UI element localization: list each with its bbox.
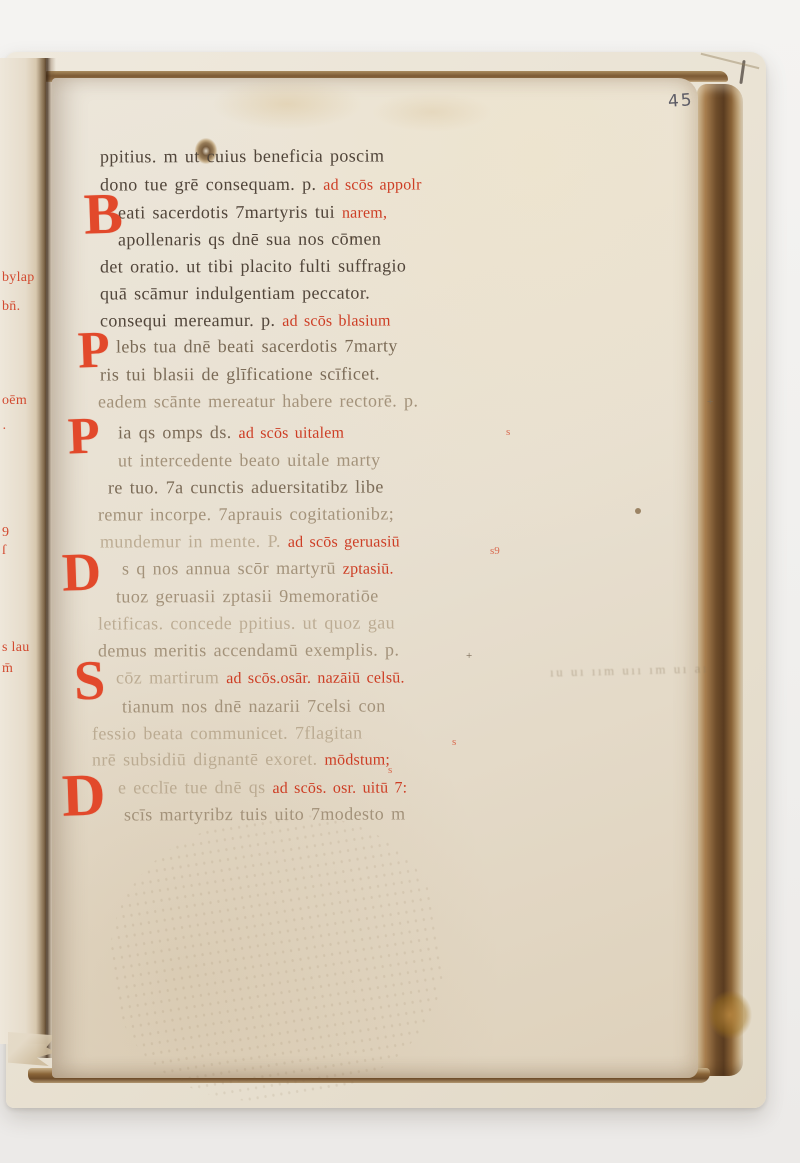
rubric-text: narem, xyxy=(342,205,387,222)
prayer-text: tuoz geruasii zptasii 9memoratiōe xyxy=(116,586,379,607)
decorated-initial: D xyxy=(61,547,102,597)
folio-number: 45 xyxy=(667,90,694,112)
rubric-text: mōdstum; xyxy=(324,751,390,768)
text-line: consequi mereamur. p. ad scōs blasium xyxy=(100,308,391,333)
prayer-text: quā scāmur indulgentiam peccator. xyxy=(100,283,370,304)
rubric-text: ad scōs blasium xyxy=(282,312,390,329)
decorated-initial: S xyxy=(73,655,106,706)
prayer-text: e ecclīe tue dnē qs xyxy=(118,777,273,798)
prayer-text: ia qs omps ds. xyxy=(118,422,239,442)
prayer-text: lebs tua dnē beati sacerdotis 7marty xyxy=(116,336,398,357)
ink-speck xyxy=(635,508,641,514)
superscript-mark: s xyxy=(452,736,456,748)
text-line: e ecclīe tue dnē qs ad scōs. osr. uitū 7… xyxy=(118,775,407,800)
prayer-text: consequi mereamur. p. xyxy=(100,310,282,331)
superscript-mark: s9 xyxy=(490,545,500,557)
prayer-text: ris tui blasii de glīficatione scīficet. xyxy=(100,364,380,385)
text-line: tianum nos dnē nazarii 7celsi con xyxy=(122,695,386,718)
decorated-initial: P xyxy=(67,413,100,461)
text-line: letificas. concede ppitius. ut quoz gau xyxy=(98,611,395,634)
prayer-text: mundemur in mente. P. xyxy=(100,531,288,552)
fore-edge-page-stack xyxy=(697,84,743,1076)
text-line: eati sacerdotis 7martyris tui narem, xyxy=(118,201,387,226)
decorated-initial: P xyxy=(77,327,110,375)
text-line: demus meritis accendamū exemplis. p. xyxy=(98,638,399,661)
prayer-text: remur incorpe. 7aprauis cogitationibz; xyxy=(98,503,394,524)
text-line: apollenaris qs dnē sua nos cōmen xyxy=(118,228,381,251)
facing-page-text-fragment: bn̄. xyxy=(2,299,20,315)
prayer-text: cōz martirum xyxy=(116,667,226,687)
prayer-text: det oratio. ut tibi placito fulti suffra… xyxy=(100,255,406,276)
prayer-text: ppitius. m ut cuius beneficia poscim xyxy=(100,146,384,167)
superscript-mark: + xyxy=(707,396,713,408)
rubric-text: ad scōs geruasiū xyxy=(288,533,400,550)
facing-page-text-fragment: oēm xyxy=(2,393,27,409)
decorated-initial: B xyxy=(83,187,123,241)
rubric-text: ad scōs appolr xyxy=(323,176,421,193)
text-line: eadem scānte mereatur habere rectorē. p. xyxy=(98,389,418,412)
rubric-text: ad scōs. osr. uitū 7: xyxy=(272,779,407,796)
prayer-text: eati sacerdotis 7martyris tui xyxy=(118,202,342,223)
prayer-text: nrē subsidiū dignantē exoret. xyxy=(92,749,325,770)
facing-page-text-fragment: · xyxy=(2,422,7,438)
prayer-text: ut intercedente beato uitale marty xyxy=(118,450,381,471)
parchment-pore-texture xyxy=(92,794,462,1122)
text-line: nrē subsidiū dignantē exoret. mōdstum; xyxy=(92,747,390,772)
rubric-text: zptasiū. xyxy=(343,561,394,578)
text-line: s q nos annua scōr martyrū zptasiū. xyxy=(122,557,394,582)
parchment-stain xyxy=(212,78,362,130)
text-line: fessio beata communicet. 7flagitan xyxy=(92,722,363,745)
text-line: dono tue grē consequam. p. ad scōs appol… xyxy=(100,172,422,197)
prayer-text: s q nos annua scōr martyrū xyxy=(122,558,343,579)
text-line: re tuo. 7a cunctis aduersitatibz libe xyxy=(108,476,384,499)
prayer-text: letificas. concede ppitius. ut quoz gau xyxy=(98,612,395,633)
prayer-text: eadem scānte mereatur habere rectorē. p. xyxy=(98,390,418,411)
text-line: quā scāmur indulgentiam peccator. xyxy=(100,282,370,305)
prayer-text: dono tue grē consequam. p. xyxy=(100,174,323,195)
text-line: ia qs omps ds. ad scōs uitalem xyxy=(118,421,344,446)
text-line: ppitius. m ut cuius beneficia poscim xyxy=(100,145,384,168)
superscript-mark: s xyxy=(388,764,392,776)
decorated-initial: D xyxy=(61,767,106,822)
rubric-text: ad scōs uitalem xyxy=(238,425,344,442)
prayer-text: fessio beata communicet. 7flagitan xyxy=(92,723,363,744)
prayer-text: tianum nos dnē nazarii 7celsi con xyxy=(122,696,386,717)
text-line: ut intercedente beato uitale marty xyxy=(118,449,381,472)
facing-page-text-fragment: bylap xyxy=(2,270,35,286)
text-line: tuoz geruasii zptasii 9memoratiōe xyxy=(116,585,379,608)
text-line: lebs tua dnē beati sacerdotis 7marty xyxy=(116,335,398,358)
text-line: ris tui blasii de glīficatione scīficet. xyxy=(100,363,380,386)
superscript-mark: + xyxy=(466,650,472,662)
facing-page-text-fragment: s lau xyxy=(2,640,30,656)
superscript-mark: s xyxy=(506,426,510,438)
text-line: mundemur in mente. P. ad scōs geruasiū xyxy=(100,529,400,554)
prayer-text: re tuo. 7a cunctis aduersitatibz libe xyxy=(108,477,384,498)
facing-page-text-fragment: ſ xyxy=(2,543,6,559)
text-line: scīs martyribz tuis uito 7modesto m xyxy=(124,803,406,826)
facing-page-text-fragment: 9 xyxy=(2,525,9,541)
edge-stain xyxy=(704,986,756,1044)
parchment-stain xyxy=(372,92,492,132)
prayer-text: scīs martyribz tuis uito 7modesto m xyxy=(124,804,406,825)
rubric-text: ad scōs.osār. nazāiū celsū. xyxy=(226,669,405,687)
manuscript-page: 45 ıu uı ıım uıı ım uı aı ppitius. m ut … xyxy=(52,78,698,1078)
prayer-text: apollenaris qs dnē sua nos cōmen xyxy=(118,229,381,250)
text-line: cōz martirum ad scōs.osār. nazāiū celsū. xyxy=(116,665,405,690)
prayer-text: demus meritis accendamū exemplis. p. xyxy=(98,639,399,660)
text-line: remur incorpe. 7aprauis cogitationibz; xyxy=(98,502,394,525)
text-line: det oratio. ut tibi placito fulti suffra… xyxy=(100,254,406,277)
photograph-background: bylapbn̄.oēm·9ſs laum̄ 45 ıu uı ıım uıı … xyxy=(0,0,800,1163)
facing-page-text-fragment: m̄ xyxy=(2,661,13,677)
